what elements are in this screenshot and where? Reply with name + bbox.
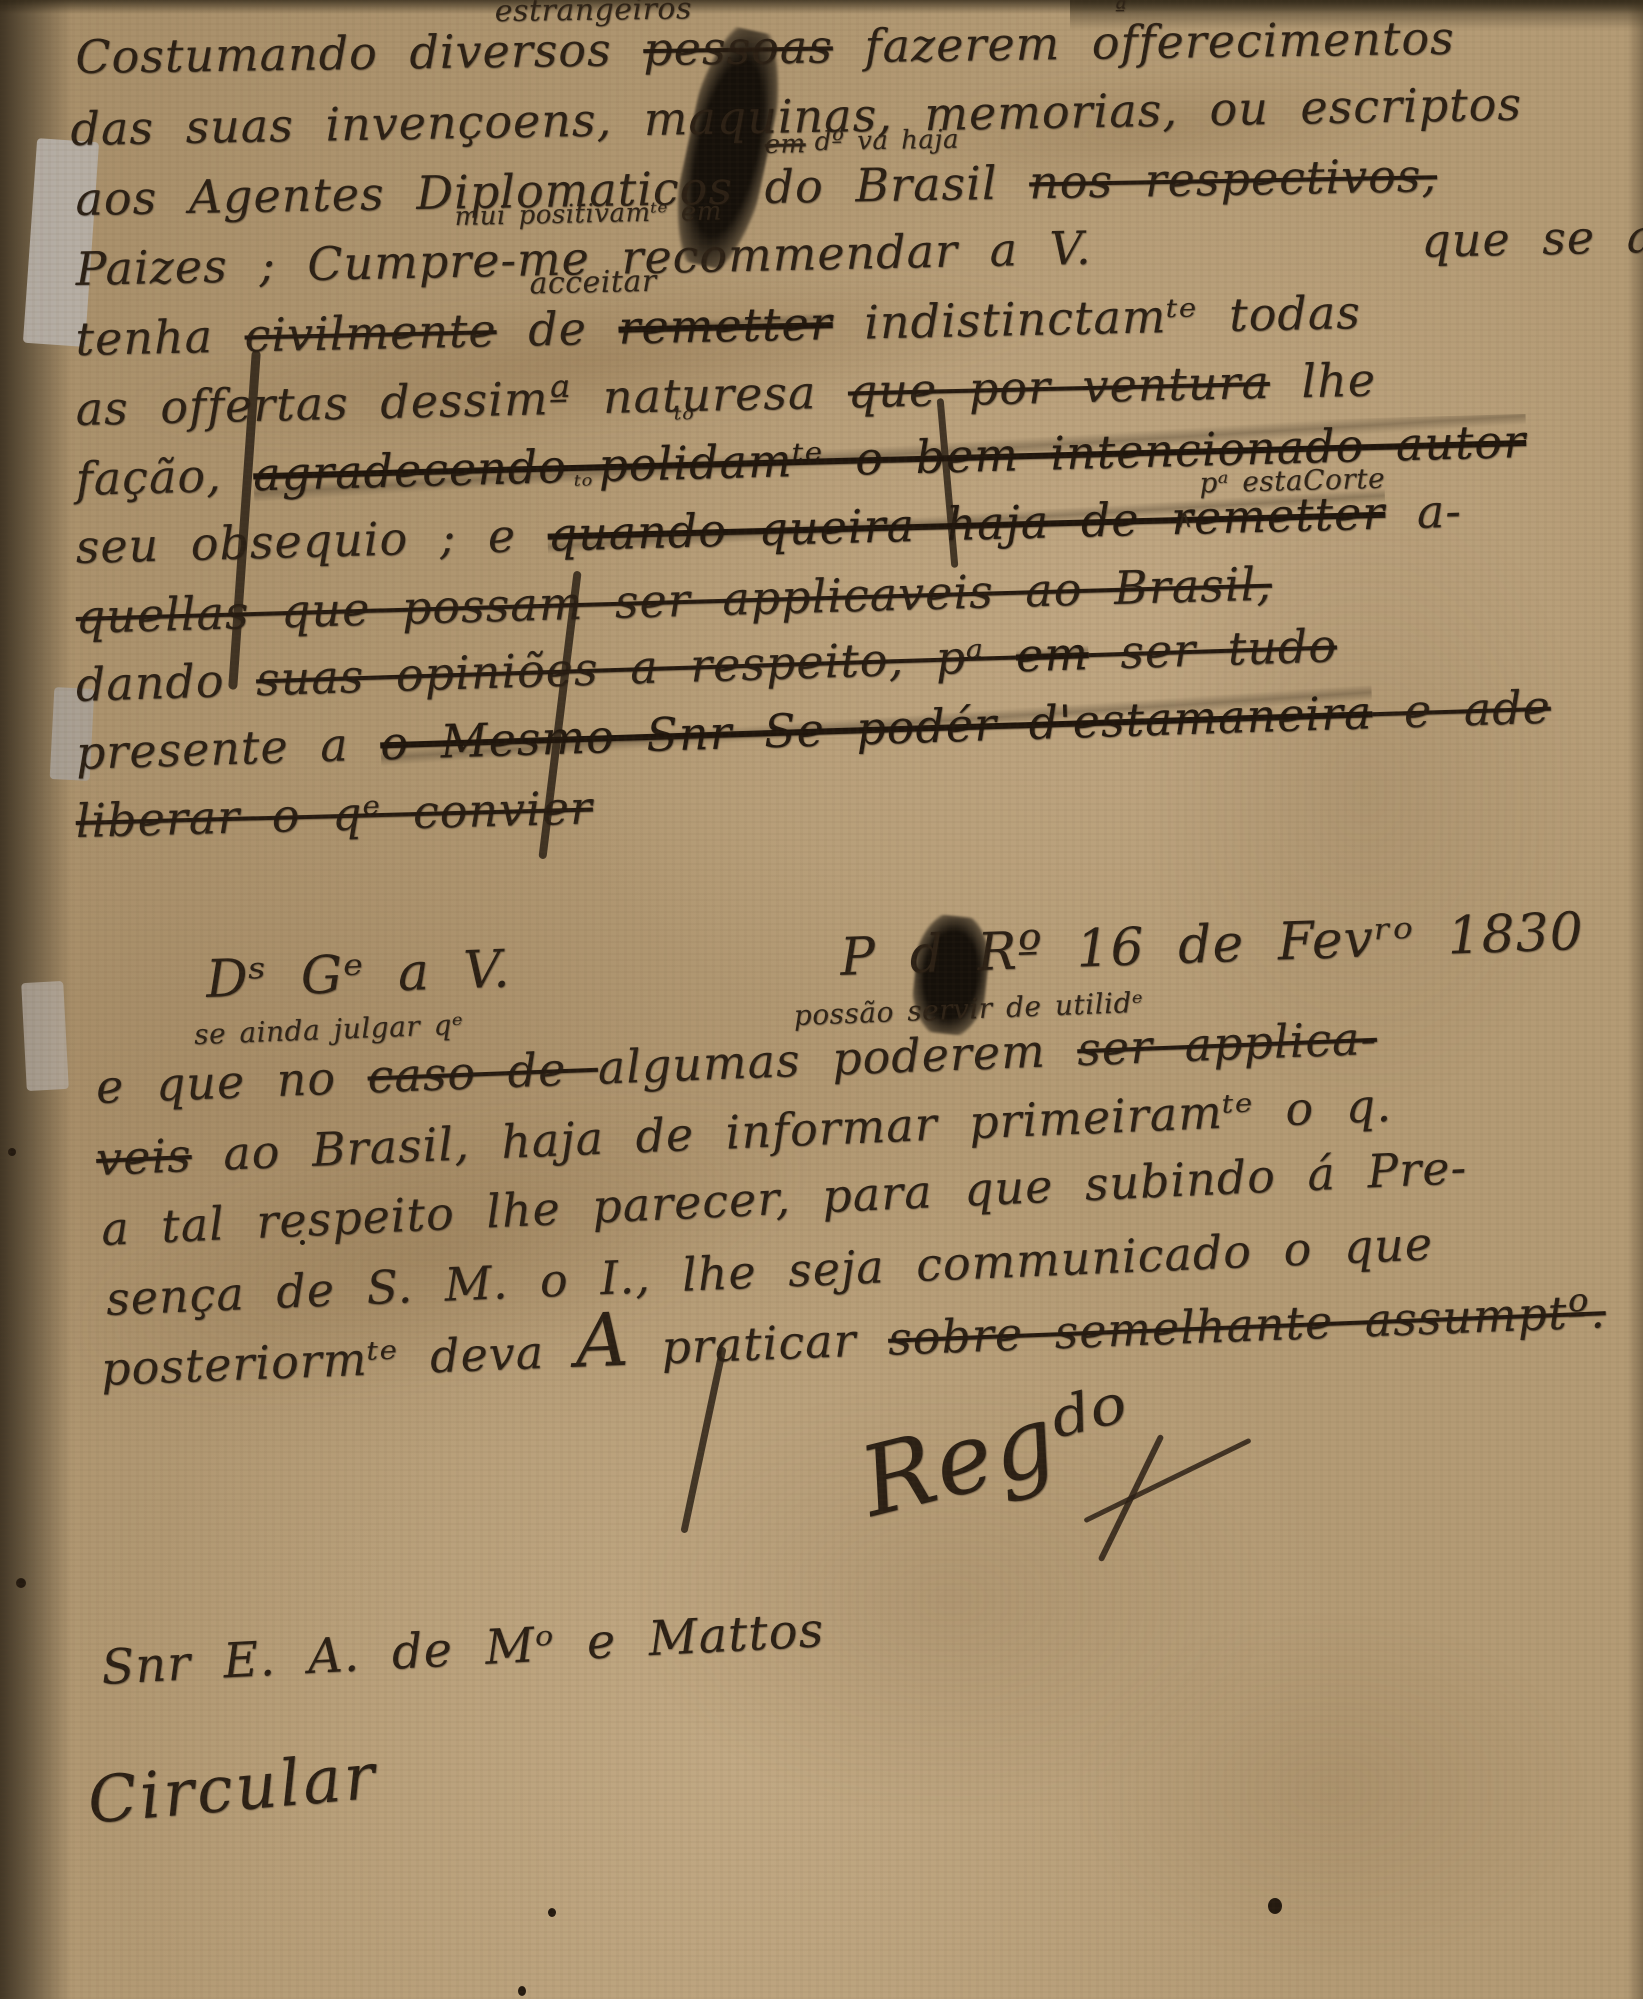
struck-text: o Mesmo Snr Se podér d'estamaneira (379, 685, 1373, 770)
paper-stain (1080, 1620, 1580, 1960)
ink-speck (1268, 1898, 1282, 1914)
handwritten-text: Costumando diversos (75, 22, 644, 84)
line-05: tenha civilmente de remetter indistincta… (75, 285, 1361, 366)
handwritten-text: posteriormᵗᵉ deva (100, 1324, 577, 1396)
handwritten-text: presente a (75, 716, 381, 780)
struck-text: ser tudo (1088, 618, 1338, 680)
handwritten-text: lhe (1269, 352, 1376, 408)
struck-text: em (1015, 626, 1090, 682)
ink-speck (16, 1578, 26, 1588)
ink-speck (8, 1148, 16, 1156)
line-12: liberar o qᵉ convier (75, 780, 594, 848)
struck-text: e ade (1371, 680, 1551, 740)
handwritten-text: praticar (629, 1312, 889, 1376)
interlinear-insertion: ∧ (1175, 505, 1194, 533)
handwritten-text: Circular (85, 1740, 381, 1839)
ink-speck (518, 1986, 526, 1996)
struck-text: veis (95, 1128, 193, 1186)
document-scan: Costumando diversos pessoas fazerem offe… (0, 0, 1643, 1999)
struck-text: pessoas (643, 19, 833, 76)
handwritten-text: indistinctamᵗᵉ todas (832, 285, 1361, 350)
struck-text: ser applica- (1076, 1011, 1378, 1076)
struck-text: civilmente (244, 303, 497, 362)
handwritten-text: algumas poderem (597, 1022, 1078, 1094)
struck-text: liberar o qᵉ convier (75, 780, 594, 848)
line-03: aos Agentes Diplomaticos do Brasil nos r… (75, 148, 1437, 226)
interlinear-insertion: dº va haja (814, 125, 959, 158)
handwritten-text: A (574, 1298, 631, 1385)
page-right-edge (1627, 0, 1643, 1999)
line-01: Costumando diversos pessoas fazerem offe… (75, 11, 1455, 84)
interlinear-insertion: ª (1115, 0, 1127, 23)
handwritten-text: as offertas dessimª naturesa (75, 364, 848, 436)
doc-class-line: Circular (85, 1740, 381, 1839)
struck-text: nos respectivos, (1029, 148, 1438, 209)
addressee-line: Snr E. A. de Mᵒ e Mattos (100, 1602, 826, 1696)
handwritten-text: Reg (850, 1382, 1068, 1538)
interlinear-insertion: ᵗᵒ (574, 468, 594, 501)
handwritten-text: que se abs- (1421, 207, 1643, 267)
handwritten-text: e que no (95, 1050, 369, 1114)
struck-text: caso de (367, 1041, 599, 1104)
ink-speck (548, 1908, 556, 1917)
handwritten-text: dando (75, 652, 257, 712)
interlinear-insertion: estrangeiros (495, 0, 693, 29)
handwritten-text: Dˢ Gᵉ a V. (205, 939, 511, 1010)
handwritten-text: seu obsequio ; e (75, 508, 548, 574)
struck-text: sobre semelhante assumptº. (887, 1284, 1607, 1366)
struck-text: suas opiniões a respeito, pᵃ (255, 628, 1017, 706)
handwritten-text: tenha (75, 308, 245, 366)
line-13: Dˢ Gᵉ a V.P d Rº 16 de Fevʳᵒ 1830 (205, 902, 1585, 1010)
interlinear-insertion: em (764, 129, 806, 160)
handwritten-text: a- (1385, 484, 1463, 540)
struck-text: remetter (618, 296, 833, 354)
struck-text: que por ventura (847, 355, 1270, 419)
interlinear-insertion: se ainda julgar qᵉ (193, 1008, 463, 1051)
handwritten-text: fação, (75, 447, 254, 506)
handwritten-text: de (496, 301, 619, 358)
interlinear-insertion: pᵃ estaCorte (1199, 462, 1386, 500)
repair-tape (21, 981, 69, 1091)
interlinear-insertion: acceitar (529, 264, 657, 302)
interlinear-insertion: ᵗᵒ (674, 402, 695, 438)
interlinear-insertion: mui positivamᵗᵉ em (454, 196, 722, 232)
pen-stroke (680, 1346, 726, 1533)
handwritten-text: Snr E. A. de Mᵒ e Mattos (100, 1602, 826, 1696)
handwritten-text: fazerem offerecimentos (832, 11, 1455, 74)
